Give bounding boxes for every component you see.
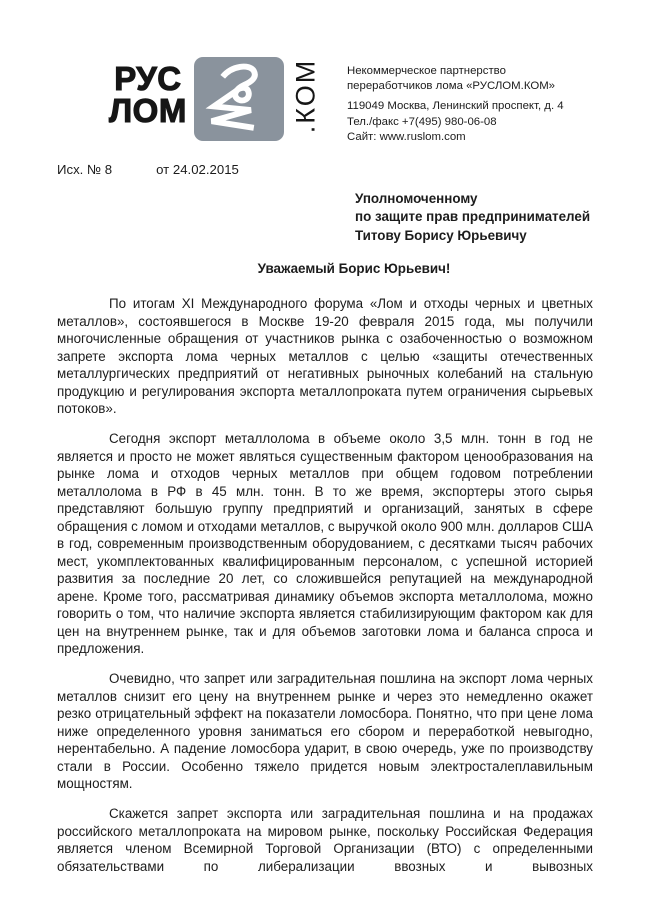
org-name: Некоммерческое партнерство переработчико… — [347, 64, 593, 94]
logo-line-lom: ЛОМ — [109, 95, 187, 127]
body-paragraph: Скажется запрет экспорта или заградитель… — [57, 805, 593, 875]
logo-kom-text: .КОМ — [290, 59, 321, 133]
letter-body: По итогам XI Международного форума «Лом … — [57, 295, 593, 875]
ruslom-logo: РУС ЛОМ .КОМ — [109, 55, 328, 143]
org-contact-block: Некоммерческое партнерство переработчико… — [347, 55, 593, 150]
logo-symbol-tile — [194, 57, 284, 141]
org-address: 119049 Москва, Ленинский проспект, д. 4 — [347, 99, 593, 114]
org-name-line1: Некоммерческое партнерство — [347, 64, 593, 79]
body-paragraph: Очевидно, что запрет или заградительная … — [57, 670, 593, 793]
letterhead: РУС ЛОМ .КОМ Некоммерческое партнерство … — [0, 0, 650, 150]
org-phone: Тел./факс +7(495) 980-06-08 — [347, 115, 593, 130]
org-contacts: 119049 Москва, Ленинский проспект, д. 4 … — [347, 99, 593, 145]
logo-line-rus: РУС — [109, 63, 187, 95]
salutation: Уважаемый Борис Юрьевич! — [57, 261, 593, 276]
recipient-line2: по защите прав предпринимателей — [355, 208, 593, 226]
body-paragraph: По итогам XI Международного форума «Лом … — [57, 295, 593, 418]
logo-kom-vertical: .КОМ — [284, 55, 328, 143]
logo-wordmark: РУС ЛОМ — [109, 63, 187, 127]
letter-page: РУС ЛОМ .КОМ Некоммерческое партнерство … — [0, 0, 650, 920]
org-website: Сайт: www.ruslom.com — [347, 130, 593, 145]
reference-line: Исх. № 8 от 24.02.2015 — [0, 162, 650, 177]
org-name-line2: переработчиков лома «РУСЛОМ.КОМ» — [347, 79, 593, 94]
outgoing-date: от 24.02.2015 — [156, 162, 239, 177]
scrap-squiggle-icon — [200, 62, 278, 136]
body-paragraph: Сегодня экспорт металлолома в объеме око… — [57, 430, 593, 658]
outgoing-number: Исх. № 8 — [57, 162, 112, 177]
recipient-block: Уполномоченному по защите прав предприни… — [355, 190, 593, 245]
recipient-line3: Титову Борису Юрьевичу — [355, 227, 593, 245]
recipient-line1: Уполномоченному — [355, 190, 593, 208]
